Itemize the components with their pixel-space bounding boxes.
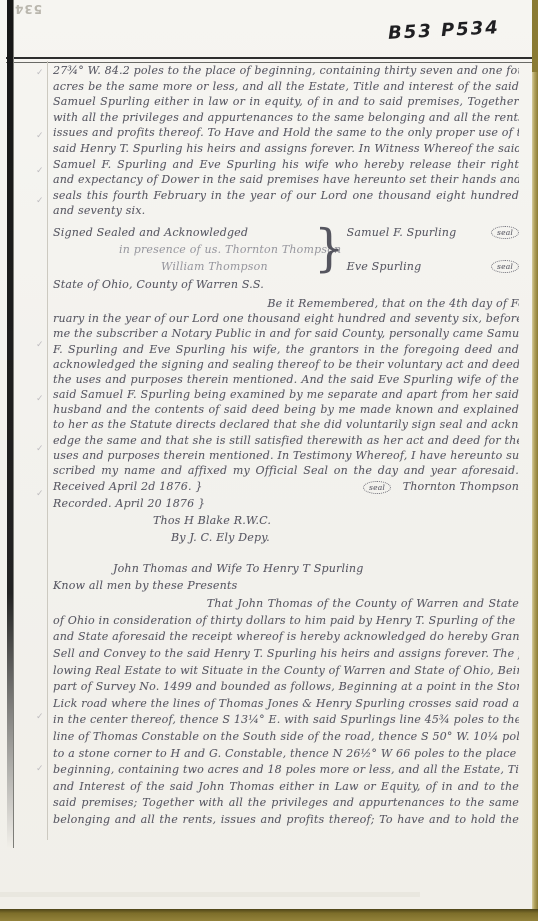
witness-name: in presence of us. Thornton Thompson — [53, 241, 341, 258]
manuscript-line: and State aforesaid the receipt whereof … — [53, 629, 519, 646]
manuscript-line: Be it Remembered, that on the 4th day of… — [53, 296, 519, 311]
seal-mark: seal — [363, 481, 391, 494]
jurisdiction-line: State of Ohio, County of Warren S.S. — [53, 276, 519, 294]
margin-check-icon: ✓ — [36, 394, 48, 404]
manuscript-line: That John Thomas of the County of Warren… — [53, 596, 519, 613]
manuscript-column: 27¾° W. 84.2 poles to the place of begin… — [53, 63, 519, 829]
signature-row: William Thompson Eve Spurling seal — [53, 258, 519, 275]
margin-check-icon: ✓ — [36, 340, 48, 350]
manuscript-line: to her as the Statute directs declared t… — [53, 417, 519, 432]
attestation-text: Signed Sealed and Acknowledged — [53, 224, 248, 241]
recorded-row: Recorded. April 20 1876 } — [53, 495, 519, 512]
margin-check-icon: ✓ — [36, 712, 48, 722]
seal-mark: seal — [491, 226, 519, 239]
acknowledgment-paragraph: Be it Remembered, that on the 4th day of… — [53, 296, 519, 478]
manuscript-line: of Ohio in consideration of thirty dolla… — [53, 613, 519, 630]
manuscript-line: issues and profits thereof. To Have and … — [53, 125, 519, 141]
margin-check-icon: ✓ — [36, 444, 48, 454]
manuscript-line: Lick road where the lines of Thomas Jone… — [53, 696, 519, 713]
ledger-page: 534 B53 P534 ✓ ✓ ✓ ✓ ✓ ✓ ✓ ✓ ✓ ✓ 27¾° W.… — [0, 0, 532, 909]
manuscript-line: ruary in the year of our Lord one thousa… — [53, 311, 519, 326]
manuscript-line: and expectancy of Dower in the said prem… — [53, 172, 519, 188]
manuscript-line: husband and the contents of said deed be… — [53, 402, 519, 417]
witness-name: William Thompson — [53, 258, 268, 275]
recorded-stamp: Recorded. April 20 1876 } — [53, 495, 205, 512]
deed2-opening-line: Know all men by these Presents — [53, 577, 519, 594]
manuscript-line: Sell and Convey to the said Henry T. Spu… — [53, 646, 519, 663]
received-row: Received April 2d 1876. } seal Thornton … — [53, 478, 519, 495]
recorder-signature: Thos H Blake R.W.C. — [53, 512, 519, 529]
margin-check-icon: ✓ — [36, 131, 48, 141]
manuscript-line: F. Spurling and Eve Spurling his wife, t… — [53, 342, 519, 357]
signature-row: in presence of us. Thornton Thompson — [53, 241, 519, 258]
signature-name: Samuel F. Spurling — [347, 224, 457, 241]
manuscript-line: Samuel Spurling either in law or in equi… — [53, 94, 519, 110]
manuscript-line: lowing Real Estate to wit Situate in the… — [53, 663, 519, 680]
manuscript-line: said Samuel F. Spurling being examined b… — [53, 387, 519, 402]
manuscript-line: acres be the same more or less, and all … — [53, 79, 519, 95]
deputy-signature: By J. C. Ely Depy. — [53, 529, 519, 546]
manuscript-line: Samuel F. Spurling and Eve Spurling his … — [53, 157, 519, 173]
grantor-signature: Samuel F. Spurling seal — [347, 224, 519, 241]
grantor-signature: Eve Spurling seal — [347, 258, 519, 275]
deed-book-scan: 534 B53 P534 ✓ ✓ ✓ ✓ ✓ ✓ ✓ ✓ ✓ ✓ 27¾° W.… — [0, 0, 538, 921]
manuscript-line: beginning, containing two acres and 18 p… — [53, 762, 519, 779]
manuscript-line: with all the privileges and appurtenance… — [53, 110, 519, 126]
manuscript-line: and Interest of the said John Thomas eit… — [53, 779, 519, 796]
manuscript-line: seals this fourth February in the year o… — [53, 188, 519, 204]
notary-name: Thornton Thompson — [403, 480, 519, 493]
manuscript-line: the uses and purposes therein mentioned.… — [53, 372, 519, 387]
margin-check-icon: ✓ — [36, 196, 48, 206]
scan-right-border — [532, 72, 538, 921]
seal-mark: seal — [491, 260, 519, 273]
signature-name: Eve Spurling — [347, 258, 422, 275]
signature-row: Signed Sealed and Acknowledged Samuel F.… — [53, 224, 519, 241]
manuscript-line: acknowledged the signing and sealing the… — [53, 357, 519, 372]
margin-check-icon: ✓ — [36, 764, 48, 774]
margin-check-icon: ✓ — [36, 166, 48, 176]
manuscript-line: scribed my name and affixed my Official … — [53, 463, 519, 478]
manuscript-line: in the center thereof, thence S 13¼° E. … — [53, 712, 519, 729]
manuscript-line: to a stone corner to H and G. Constable,… — [53, 746, 519, 763]
book-page-annotation: B53 P534 — [388, 17, 501, 44]
manuscript-line: and seventy six. — [53, 203, 519, 219]
deed2-index-title: John Thomas and Wife To Henry T Spurling — [53, 560, 519, 577]
manuscript-line: uses and purposes therein mentioned. In … — [53, 448, 519, 463]
manuscript-line: me the subscriber a Notary Public in and… — [53, 326, 519, 341]
witness-brace: } — [314, 219, 345, 278]
binding-gutter — [7, 0, 14, 848]
signature-block: } Signed Sealed and Acknowledged Samuel … — [53, 224, 519, 275]
deed1-closing-paragraph: 27¾° W. 84.2 poles to the place of begin… — [53, 63, 519, 219]
manuscript-line: said premises; Together with all the pri… — [53, 795, 519, 812]
received-stamp: Received April 2d 1876. } — [53, 478, 203, 495]
page-bottom-strip — [0, 892, 420, 897]
scan-bottom-border — [0, 909, 538, 921]
notary-signature: seal Thornton Thompson — [363, 478, 519, 495]
manuscript-line: edge the same and that she is still sati… — [53, 433, 519, 448]
deed2-body-paragraph: That John Thomas of the County of Warren… — [53, 596, 519, 828]
margin-check-icon: ✓ — [36, 489, 48, 499]
margin-check-icon: ✓ — [36, 68, 48, 78]
manuscript-line: belonging and all the rents, issues and … — [53, 812, 519, 829]
manuscript-line: 27¾° W. 84.2 poles to the place of begin… — [53, 63, 519, 79]
manuscript-line: line of Thomas Constable on the South si… — [53, 729, 519, 746]
manuscript-line: said Henry T. Spurling his heirs and ass… — [53, 141, 519, 157]
page-number-inverted: 534 — [14, 2, 42, 16]
manuscript-line: part of Survey No. 1499 and bounded as f… — [53, 679, 519, 696]
